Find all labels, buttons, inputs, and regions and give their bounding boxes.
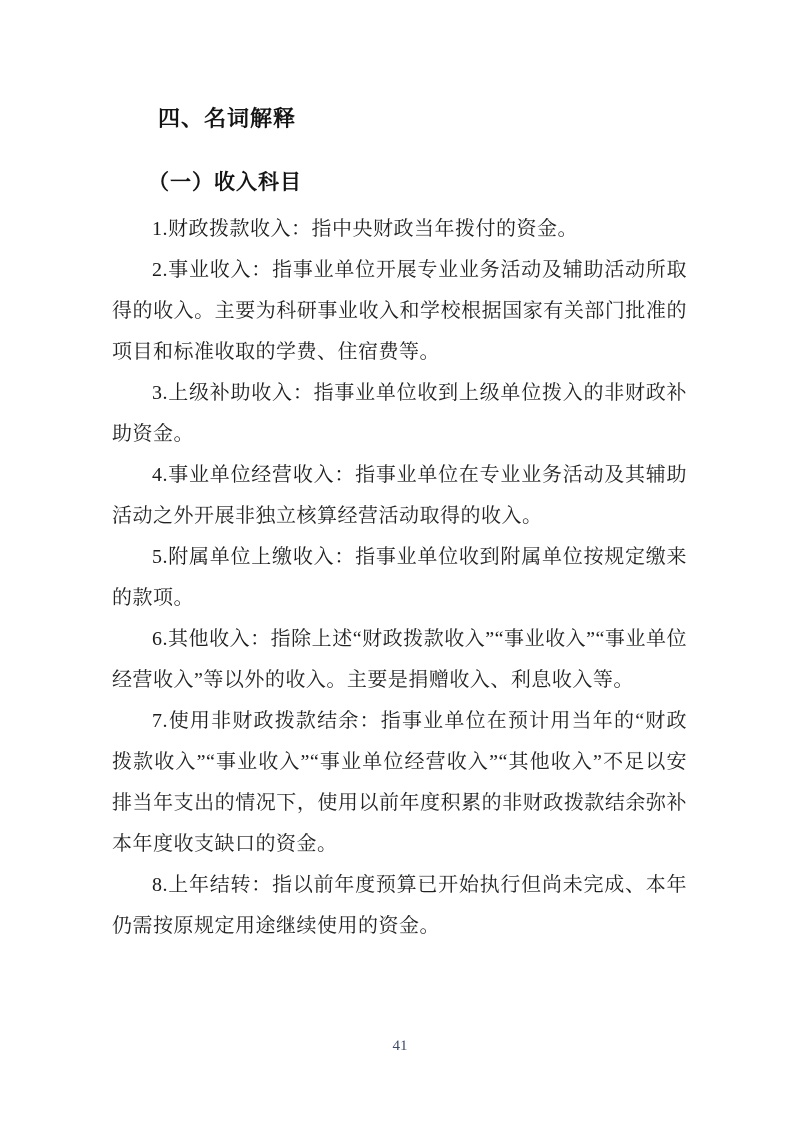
- definition-paragraph: 7.使用非财政拨款结余：指事业单位在预计用当年的“财政拨款收入”“事业收入”“事…: [112, 701, 687, 865]
- section-heading: 四、名词解释: [158, 104, 687, 134]
- definition-paragraph: 3.上级补助收入：指事业单位收到上级单位拨入的非财政补助资金。: [112, 373, 687, 455]
- definition-paragraph: 1.财政拨款收入：指中央财政当年拨付的资金。: [112, 209, 687, 250]
- term-label: 6.其他收入：: [152, 628, 271, 650]
- term-label: 5.附属单位上缴收入：: [152, 546, 355, 568]
- page-footer: 41: [0, 1036, 800, 1056]
- term-label: 4.事业单位经营收入：: [152, 464, 355, 486]
- term-label: 3.上级补助收入：: [152, 382, 314, 404]
- term-label: 2.事业收入：: [152, 259, 272, 281]
- document-page: 四、名词解释 （一）收入科目 1.财政拨款收入：指中央财政当年拨付的资金。 2.…: [0, 0, 800, 1131]
- term-label: 8.上年结转：: [152, 874, 272, 896]
- definition-paragraph: 4.事业单位经营收入：指事业单位在专业业务活动及其辅助活动之外开展非独立核算经营…: [112, 455, 687, 537]
- page-number: 41: [393, 1038, 408, 1054]
- definition-paragraph: 8.上年结转：指以前年度预算已开始执行但尚未完成、本年仍需按原规定用途继续使用的…: [112, 865, 687, 947]
- subsection-heading: （一）收入科目: [148, 168, 687, 196]
- term-label: 7.使用非财政拨款结余：: [152, 710, 381, 732]
- definition-paragraph: 6.其他收入：指除上述“财政拨款收入”“事业收入”“事业单位经营收入”等以外的收…: [112, 619, 687, 701]
- definition-paragraph: 5.附属单位上缴收入：指事业单位收到附属单位按规定缴来的款项。: [112, 537, 687, 619]
- term-label: 1.财政拨款收入：: [152, 218, 312, 240]
- definition-paragraph: 2.事业收入：指事业单位开展专业业务活动及辅助活动所取得的收入。主要为科研事业收…: [112, 250, 687, 373]
- term-definition: 指中央财政当年拨付的资金。: [312, 218, 579, 240]
